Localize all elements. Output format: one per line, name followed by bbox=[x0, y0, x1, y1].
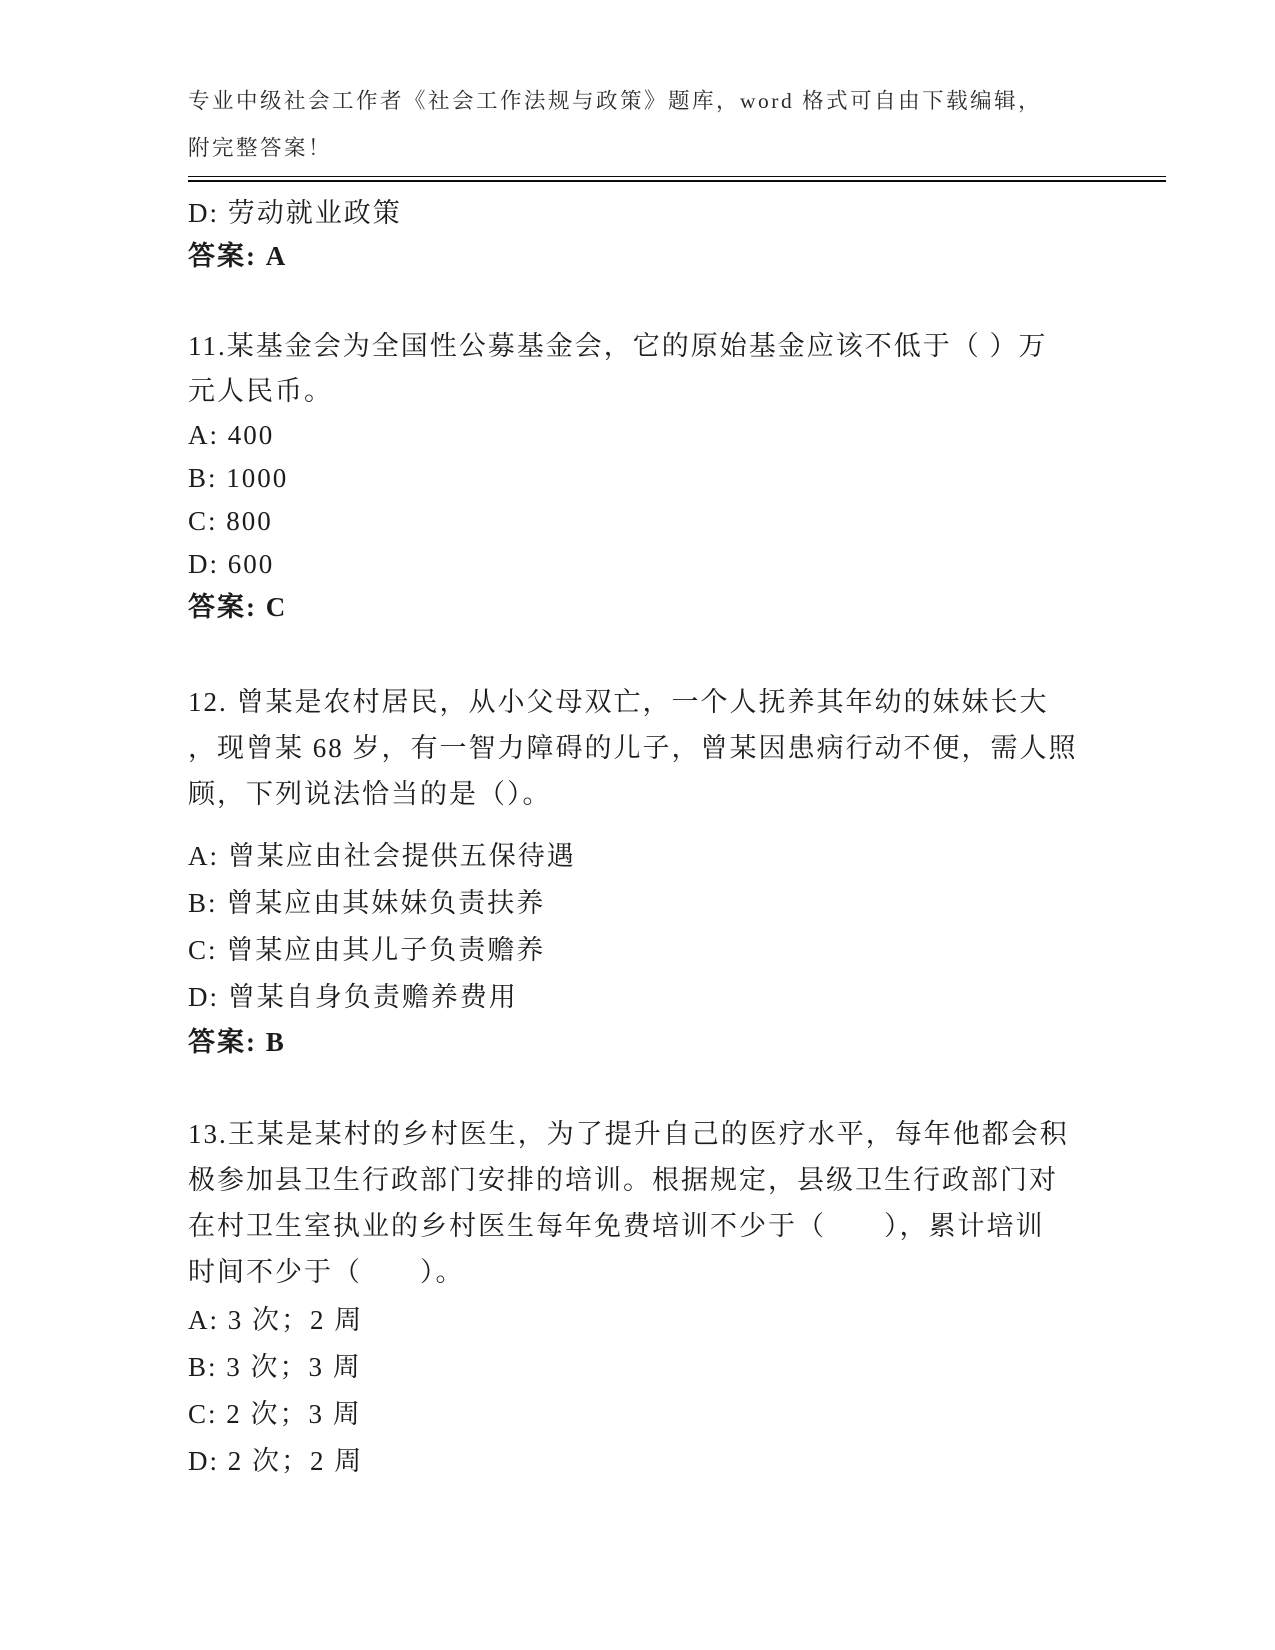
question-option-a: A: 400 bbox=[188, 414, 1166, 457]
question-option-d: D: 2 次；2 周 bbox=[188, 1438, 1166, 1485]
question-text: 13.王某是某村的乡村医生，为了提升自己的医疗水平，每年他都会积 极参加县卫生行… bbox=[188, 1111, 1166, 1295]
question-option-b: B: 1000 bbox=[188, 457, 1166, 500]
question-block-11: 11.某基金会为全国性公募基金会，它的原始基金应该不低于（ ）万 元人民币。 A… bbox=[188, 324, 1166, 629]
question10-option-d: D: 劳动就业政策 bbox=[188, 192, 1166, 235]
question-options: A: 400 B: 1000 C: 800 D: 600 bbox=[188, 414, 1166, 586]
question-option-b: B: 曾某应由其妹妹负责扶养 bbox=[188, 880, 1166, 927]
question-option-a: A: 曾某应由社会提供五保待遇 bbox=[188, 833, 1166, 880]
question10-answer: 答案: A bbox=[188, 235, 1166, 278]
question-option-c: C: 曾某应由其儿子负责赡养 bbox=[188, 927, 1166, 974]
question-option-b: B: 3 次；3 周 bbox=[188, 1344, 1166, 1391]
question-block-13: 13.王某是某村的乡村医生，为了提升自己的医疗水平，每年他都会积 极参加县卫生行… bbox=[188, 1111, 1166, 1485]
header-divider bbox=[188, 176, 1166, 182]
question-options: A: 曾某应由社会提供五保待遇 B: 曾某应由其妹妹负责扶养 C: 曾某应由其儿… bbox=[188, 833, 1166, 1021]
question-text: 11.某基金会为全国性公募基金会，它的原始基金应该不低于（ ）万 元人民币。 bbox=[188, 324, 1166, 414]
question-block-12: 12. 曾某是农村居民，从小父母双亡，一个人抚养其年幼的妹妹长大 ，现曾某 68… bbox=[188, 679, 1166, 1064]
question-option-c: C: 2 次；3 周 bbox=[188, 1391, 1166, 1438]
document-header: 专业中级社会工作者《社会工作法规与政策》题库，word 格式可自由下载编辑， 附… bbox=[188, 78, 1166, 172]
question-answer: 答案: C bbox=[188, 586, 1166, 629]
question-answer: 答案: B bbox=[188, 1021, 1166, 1064]
question-options: A: 3 次；2 周 B: 3 次；3 周 C: 2 次；3 周 D: 2 次；… bbox=[188, 1297, 1166, 1485]
question-option-d: D: 曾某自身负责赡养费用 bbox=[188, 974, 1166, 1021]
question-option-c: C: 800 bbox=[188, 500, 1166, 543]
document-page: 专业中级社会工作者《社会工作法规与政策》题库，word 格式可自由下载编辑， 附… bbox=[0, 0, 1275, 1650]
document-content: 专业中级社会工作者《社会工作法规与政策》题库，word 格式可自由下载编辑， 附… bbox=[188, 78, 1166, 1485]
question-text: 12. 曾某是农村居民，从小父母双亡，一个人抚养其年幼的妹妹长大 ，现曾某 68… bbox=[188, 679, 1166, 817]
question-option-d: D: 600 bbox=[188, 543, 1166, 586]
question-option-a: A: 3 次；2 周 bbox=[188, 1297, 1166, 1344]
